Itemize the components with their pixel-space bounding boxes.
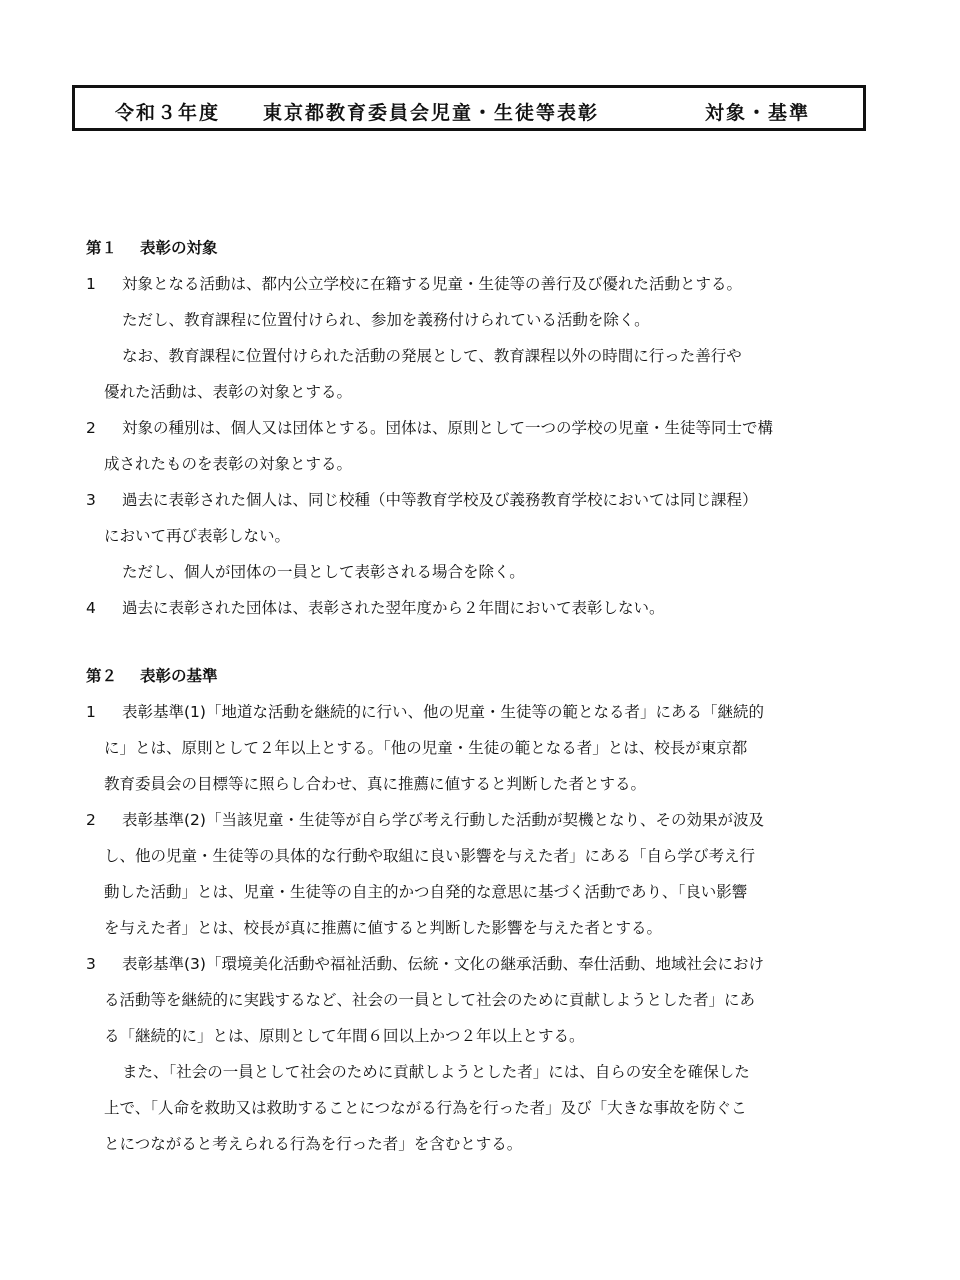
item-text: る活動等を継続的に実践するなど、社会の一員として社会のために貢献しようとした者」…	[104, 982, 876, 1018]
item-text: ただし、教育課程に位置付けられ、参加を義務付けられている活動を除く。	[104, 302, 876, 338]
section-title: 表彰の対象	[140, 239, 218, 257]
document-body: 第１表彰の対象 1 対象となる活動は、都内公立学校に在籍する児童・生徒等の善行及…	[86, 230, 876, 1162]
section-title: 表彰の基準	[140, 667, 218, 685]
section-heading-2: 第２表彰の基準	[86, 658, 876, 694]
item-number: 3	[86, 946, 104, 982]
item-number: 1	[86, 694, 104, 730]
title-suffix: 対象・基準	[705, 98, 810, 125]
list-item: 3 表彰基準(3)「環境美化活動や福祉活動、伝統・文化の継承活動、奉仕活動、地域…	[86, 946, 876, 1162]
item-text: 対象の種別は、個人又は団体とする。団体は、原則として一つの学校の児童・生徒等同士…	[104, 410, 876, 446]
item-text: 過去に表彰された個人は、同じ校種（中等教育学校及び義務教育学校においては同じ課程…	[104, 482, 876, 518]
item-text: なお、教育課程に位置付けられた活動の発展として、教育課程以外の時間に行った善行や	[104, 338, 876, 374]
item-number: 3	[86, 482, 104, 518]
item-text: 優れた活動は、表彰の対象とする。	[104, 374, 876, 410]
item-text: 上で、「人命を救助又は救助することにつながる行為を行った者」及び「大きな事故を防…	[104, 1090, 876, 1126]
document-title-box: 令和３年度 東京都教育委員会児童・生徒等表彰 対象・基準	[72, 85, 866, 131]
item-text: また、「社会の一員として社会のために貢献しようとした者」には、自らの安全を確保し…	[104, 1054, 876, 1090]
list-item: 2 表彰基準(2)「当該児童・生徒等が自ら学び考え行動した活動が契機となり、その…	[86, 802, 876, 946]
item-text: 対象となる活動は、都内公立学校に在籍する児童・生徒等の善行及び優れた活動とする。	[104, 266, 876, 302]
item-text: 過去に表彰された団体は、表彰された翌年度から２年間において表彰しない。	[104, 590, 876, 626]
item-text: 表彰基準(2)「当該児童・生徒等が自ら学び考え行動した活動が契機となり、その効果…	[104, 802, 876, 838]
item-text: ただし、個人が団体の一員として表彰される場合を除く。	[104, 554, 876, 590]
item-number: 4	[86, 590, 104, 626]
title-year: 令和３年度	[115, 98, 220, 125]
item-text: において再び表彰しない。	[104, 518, 876, 554]
list-item: 2 対象の種別は、個人又は団体とする。団体は、原則として一つの学校の児童・生徒等…	[86, 410, 876, 482]
item-text: 動した活動」とは、児童・生徒等の自主的かつ自発的な意思に基づく活動であり、「良い…	[104, 874, 876, 910]
item-text: し、他の児童・生徒等の具体的な行動や取組に良い影響を与えた者」にある「自ら学び考…	[104, 838, 876, 874]
list-item: 3 過去に表彰された個人は、同じ校種（中等教育学校及び義務教育学校においては同じ…	[86, 482, 876, 590]
item-text: 成されたものを表彰の対象とする。	[104, 446, 876, 482]
item-text: 表彰基準(3)「環境美化活動や福祉活動、伝統・文化の継承活動、奉仕活動、地域社会…	[104, 946, 876, 982]
section-number: 第１	[86, 230, 140, 266]
item-text: 教育委員会の目標等に照らし合わせ、真に推薦に値すると判断した者とする。	[104, 766, 876, 802]
item-text: に」とは、原則として２年以上とする。「他の児童・生徒の範となる者」とは、校長が東…	[104, 730, 876, 766]
item-text: る「継続的に」とは、原則として年間６回以上かつ２年以上とする。	[104, 1018, 876, 1054]
item-number: 1	[86, 266, 104, 302]
section-heading-1: 第１表彰の対象	[86, 230, 876, 266]
section-spacer	[86, 626, 876, 658]
item-text: を与えた者」とは、校長が真に推薦に値すると判断した影響を与えた者とする。	[104, 910, 876, 946]
list-item: 1 表彰基準(1)「地道な活動を継続的に行い、他の児童・生徒等の範となる者」にあ…	[86, 694, 876, 802]
title-name: 東京都教育委員会児童・生徒等表彰	[263, 98, 599, 125]
list-item: 1 対象となる活動は、都内公立学校に在籍する児童・生徒等の善行及び優れた活動とす…	[86, 266, 876, 410]
item-text: とにつながると考えられる行為を行った者」を含むとする。	[104, 1126, 876, 1162]
item-number: 2	[86, 410, 104, 446]
list-item: 4 過去に表彰された団体は、表彰された翌年度から２年間において表彰しない。	[86, 590, 876, 626]
section-number: 第２	[86, 658, 140, 694]
item-text: 表彰基準(1)「地道な活動を継続的に行い、他の児童・生徒等の範となる者」にある「…	[104, 694, 876, 730]
item-number: 2	[86, 802, 104, 838]
